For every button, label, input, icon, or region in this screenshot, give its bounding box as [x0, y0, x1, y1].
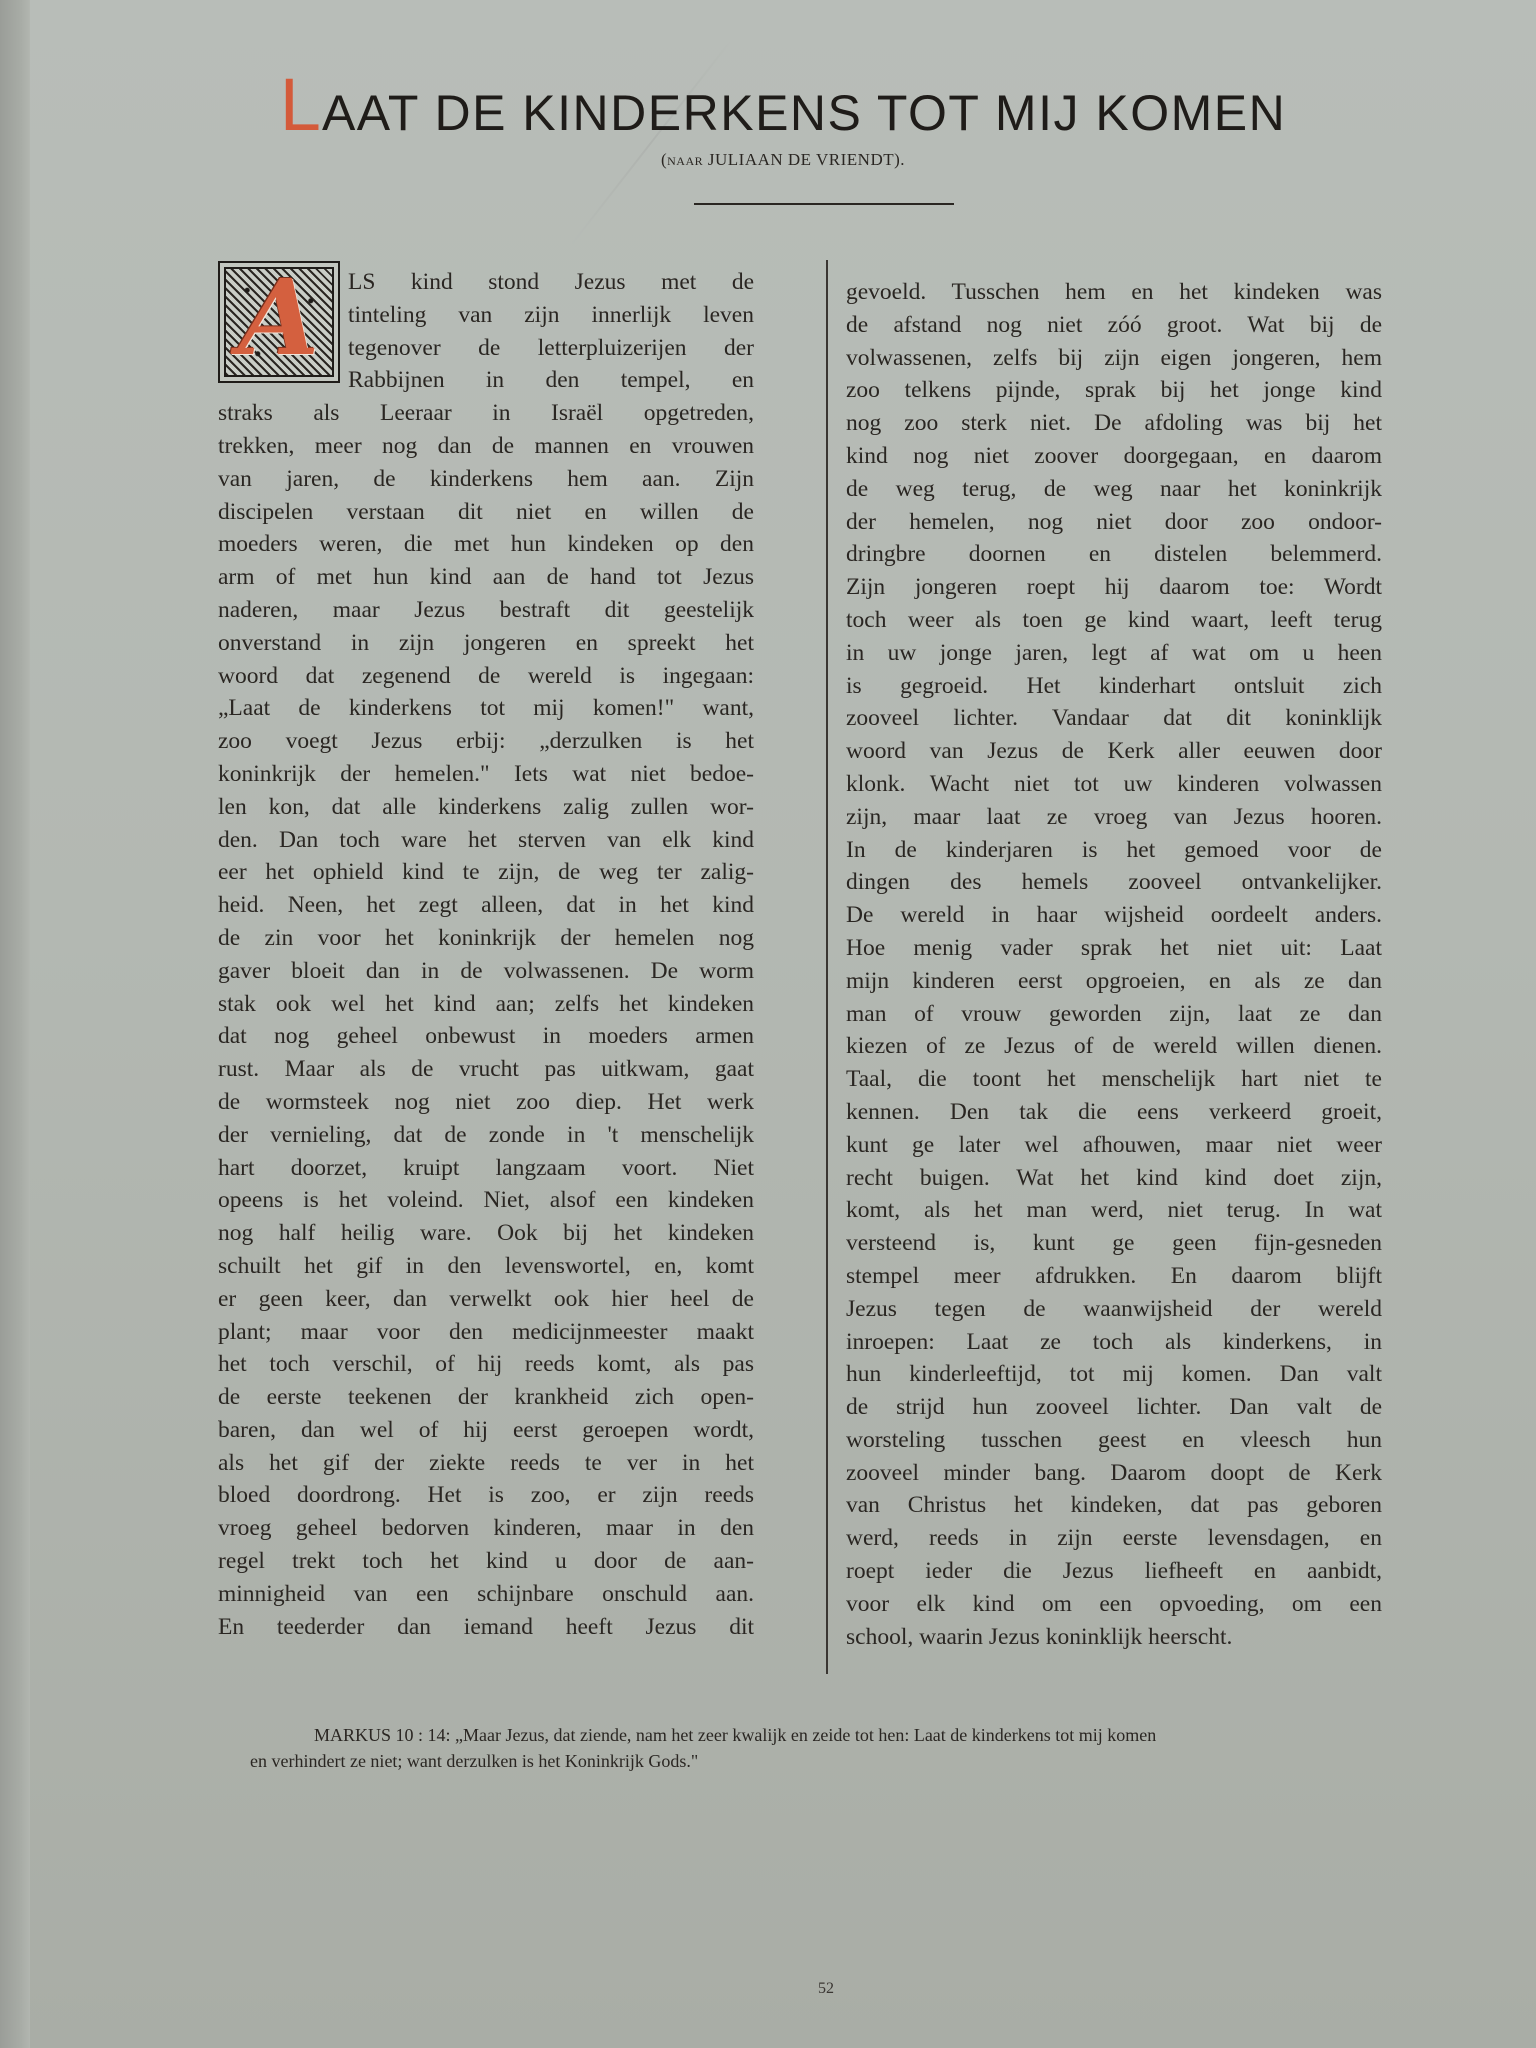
text-line: roept ieder die Jezus liefheeft en aanbi… — [846, 1555, 1382, 1588]
text-line: tinteling van zijn innerlijk leven — [218, 299, 754, 332]
text-line: zooveel lichter. Vandaar dat dit koninkl… — [846, 702, 1382, 735]
text-line: kind nog niet zoover doorgegaan, en daar… — [846, 440, 1382, 473]
left-text-column: LS kind stond Jezus met detinteling van … — [218, 266, 754, 1643]
text-line: heid. Neen, het zegt alleen, dat in het … — [218, 889, 754, 922]
text-line: de strijd hun zooveel lichter. Dan valt … — [846, 1391, 1382, 1424]
text-line: zijn, maar laat ze vroeg van Jezus hoore… — [846, 801, 1382, 834]
text-line: discipelen verstaan dit niet en willen d… — [218, 496, 754, 529]
text-line: de zin voor het koninkrijk der hemelen n… — [218, 922, 754, 955]
text-line: de eerste teekenen der krankheid zich op… — [218, 1381, 754, 1414]
text-line: den. Dan toch ware het sterven van elk k… — [218, 824, 754, 857]
text-line: worsteling tusschen geest en vleesch hun — [846, 1424, 1382, 1457]
text-line: stak ook wel het kind aan; zelfs het kin… — [218, 988, 754, 1021]
text-line: Zijn jongeren roept hij daarom toe: Word… — [846, 571, 1382, 604]
text-line: stempel meer afdrukken. En daarom blijft — [846, 1260, 1382, 1293]
column-divider-rule — [826, 260, 828, 1674]
text-line: hun kinderleeftijd, tot mij komen. Dan v… — [846, 1358, 1382, 1391]
text-line: gevoeld. Tusschen hem en het kindeken wa… — [846, 276, 1382, 309]
text-line: zoo telkens pijnde, sprak bij het jonge … — [846, 374, 1382, 407]
text-line: als het gif der ziekte reeds te ver in h… — [218, 1447, 754, 1480]
text-line: woord van Jezus de Kerk aller eeuwen doo… — [846, 735, 1382, 768]
text-line: opeens is het voleind. Niet, alsof een k… — [218, 1184, 754, 1217]
text-line: koninkrijk der hemelen." Iets wat niet b… — [218, 758, 754, 791]
text-line: vroeg geheel bedorven kinderen, maar in … — [218, 1512, 754, 1545]
text-line: LS kind stond Jezus met de — [218, 266, 754, 299]
scripture-footnote: MARKUS 10 : 14: „Maar Jezus, dat ziende,… — [250, 1722, 1406, 1774]
footnote-line-1: MARKUS 10 : 14: „Maar Jezus, dat ziende,… — [250, 1722, 1406, 1748]
text-line: school, waarin Jezus koninklijk heerscht… — [846, 1621, 1382, 1654]
subtitle-small-caps: NAAR — [667, 154, 703, 168]
text-line: komt, als het man werd, niet terug. In w… — [846, 1194, 1382, 1227]
text-line: zoo voegt Jezus erbij: „derzulken is het — [218, 725, 754, 758]
title-initial: L — [280, 63, 322, 146]
text-line: nog zoo sterk niet. De afdoling was bij … — [846, 407, 1382, 440]
subtitle-attribution: (NAAR JULIAAN DE VRIENDT). — [30, 150, 1536, 170]
text-line: dringbre doornen en distelen belemmerd. — [846, 538, 1382, 571]
footnote-line-2: en verhindert ze niet; want derzulken is… — [250, 1748, 1406, 1774]
text-line: is gegroeid. Het kinderhart ontsluit zic… — [846, 670, 1382, 703]
text-line: eer het ophield kind te zijn, de weg ter… — [218, 856, 754, 889]
text-line: er geen keer, dan verwelkt ook hier heel… — [218, 1283, 754, 1316]
text-line: moeders weren, die met hun kindeken op d… — [218, 528, 754, 561]
subtitle-main: JULIAAN DE VRIENDT). — [703, 150, 905, 169]
text-line: toch weer als toen ge kind waart, leeft … — [846, 604, 1382, 637]
text-line: Jezus tegen de waanwijsheid der wereld — [846, 1293, 1382, 1326]
text-line: recht buigen. Wat het kind kind doet zij… — [846, 1162, 1382, 1195]
text-line: De wereld in haar wijsheid oordeelt ande… — [846, 899, 1382, 932]
text-line: der vernieling, dat de zonde in 't mensc… — [218, 1119, 754, 1152]
text-line: rust. Maar als de vrucht pas uitkwam, ga… — [218, 1053, 754, 1086]
text-line: schuilt het gif in den levenswortel, en,… — [218, 1250, 754, 1283]
text-line: de weg terug, de weg naar het koninkrijk — [846, 473, 1382, 506]
text-line: zooveel minder bang. Daarom doopt de Ker… — [846, 1457, 1382, 1490]
text-line: inroepen: Laat ze toch als kinderkens, i… — [846, 1326, 1382, 1359]
text-line: trekken, meer nog dan de mannen en vrouw… — [218, 430, 754, 463]
text-line: mijn kinderen eerst opgroeien, en als ze… — [846, 965, 1382, 998]
text-line: En teederder dan iemand heeft Jezus dit — [218, 1611, 754, 1644]
text-line: woord dat zegenend de wereld is ingegaan… — [218, 660, 754, 693]
text-line: van jaren, de kinderkens hem aan. Zijn — [218, 463, 754, 496]
text-line: len kon, dat alle kinderkens zalig zulle… — [218, 791, 754, 824]
text-line: minnigheid van een schijnbare onschuld a… — [218, 1578, 754, 1611]
text-line: versteend is, kunt ge geen fijn-gesneden — [846, 1227, 1382, 1260]
title-divider-rule — [694, 203, 954, 205]
right-text-column: gevoeld. Tusschen hem en het kindeken wa… — [846, 276, 1382, 1653]
text-line: van Christus het kindeken, dat pas gebor… — [846, 1489, 1382, 1522]
text-line: arm of met hun kind aan de hand tot Jezu… — [218, 561, 754, 594]
text-line: bloed doordrong. Het is zoo, er zijn ree… — [218, 1479, 754, 1512]
text-line: volwassenen, zelfs bij zijn eigen jonger… — [846, 342, 1382, 375]
text-line: plant; maar voor den medicijnmeester maa… — [218, 1316, 754, 1349]
text-line: straks als Leeraar in Israël opgetreden, — [218, 397, 754, 430]
text-line: regel trekt toch het kind u door de aan- — [218, 1545, 754, 1578]
text-line: nog half heilig ware. Ook bij het kindek… — [218, 1217, 754, 1250]
text-line: klonk. Wacht niet tot uw kinderen volwas… — [846, 768, 1382, 801]
text-line: kennen. Den tak die eens verkeerd groeit… — [846, 1096, 1382, 1129]
text-line: voor elk kind om een opvoeding, om een — [846, 1588, 1382, 1621]
page-number: 52 — [818, 1980, 834, 1998]
text-line: baren, dan wel of hij eerst geroepen wor… — [218, 1414, 754, 1447]
text-line: het toch verschil, of hij reeds komt, al… — [218, 1348, 754, 1381]
text-line: „Laat de kinderkens tot mij komen!" want… — [218, 692, 754, 725]
page-title: LAAT DE KINDERKENS TOT MIJ KOMEN — [30, 62, 1536, 147]
text-line: dingen des hemels zooveel ontvankelijker… — [846, 866, 1382, 899]
text-line: naderen, maar Jezus bestraft dit geestel… — [218, 594, 754, 627]
text-line: kunt ge later wel afhouwen, maar niet we… — [846, 1129, 1382, 1162]
text-line: dat nog geheel onbewust in moeders armen — [218, 1020, 754, 1053]
text-line: gaver bloeit dan in de volwassenen. De w… — [218, 955, 754, 988]
page-edge-shadow — [0, 0, 30, 2048]
text-line: man of vrouw geworden zijn, laat ze dan — [846, 998, 1382, 1031]
text-line: onverstand in zijn jongeren en spreekt h… — [218, 627, 754, 660]
text-line: hart doorzet, kruipt langzaam voort. Nie… — [218, 1152, 754, 1185]
text-line: de wormsteek nog niet zoo diep. Het werk — [218, 1086, 754, 1119]
text-line: der hemelen, nog niet door zoo ondoor- — [846, 506, 1382, 539]
text-line: tegenover de letterpluizerijen der — [218, 332, 754, 365]
text-line: Hoe menig vader sprak het niet uit: Laat — [846, 932, 1382, 965]
text-line: werd, reeds in zijn eerste levensdagen, … — [846, 1522, 1382, 1555]
text-line: kiezen of ze Jezus of de wereld willen d… — [846, 1030, 1382, 1063]
text-line: in uw jonge jaren, legt af wat om u heen — [846, 637, 1382, 670]
text-line: Rabbijnen in den tempel, en — [218, 364, 754, 397]
text-line: de afstand nog niet zóó groot. Wat bij d… — [846, 309, 1382, 342]
title-rest: AAT DE KINDERKENS TOT MIJ KOMEN — [322, 85, 1286, 141]
text-line: In de kinderjaren is het gemoed voor de — [846, 834, 1382, 867]
text-line: Taal, die toont het menschelijk hart nie… — [846, 1063, 1382, 1096]
